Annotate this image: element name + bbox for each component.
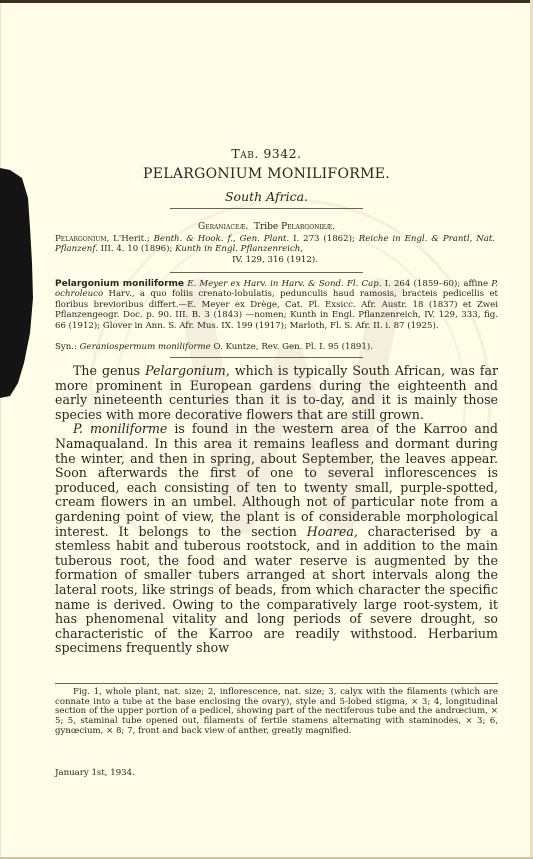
species-ref-b: Harv., a quo foliis crenato-lobulatis, p… [55,289,498,330]
genus-author: L'Herit.; [113,234,150,244]
family-name: Geraniaceæ. [198,222,248,232]
paragraph-1: The genus Pelargonium, which is typicall… [55,364,498,422]
tribe-name: Pelargonieæ. [281,222,335,232]
syn-ref: O. Kuntze, Rev. Gen. Pl. I. 95 (1891). [213,342,372,352]
genus-ref-3b: IV. 129, 316 (1912). [55,255,495,265]
figure-caption: Fig. 1, whole plant, nat. size; 2, inflo… [55,688,498,737]
tribe-label: Tribe [254,222,278,232]
syn-name: Geraniospermum moniliforme [80,342,211,352]
genus-ref-2b: III. 4. 10 (1896); [101,244,173,254]
body-text: The genus Pelargonium, which is typicall… [55,364,498,656]
p2-section: Hoarea, [307,524,358,539]
species-ref-a: I. 264 (1859–60); affine [385,279,488,289]
divider-rule [170,272,363,273]
p2-text-b: characterised by a stemless habit and tu… [55,524,498,656]
p2-text-a: is found in the western area of the Karr… [55,421,498,538]
caption-text: Fig. 1, whole plant, nat. size; 2, inflo… [55,687,498,736]
divider-rule [170,208,363,209]
synonym-line: Syn.: Geraniospermum moniliforme O. Kunt… [55,342,498,352]
paragraph-2: P. moniliforme is found in the western a… [55,422,498,656]
species-citation: Pelargonium moniliforme E. Meyer ex Harv… [55,279,498,331]
p2-species: P. moniliforme [73,421,167,436]
species-name: Pelargonium moniliforme [55,279,184,289]
genus-ref-3: Kunth in Engl. Pflanzenreich, [175,244,303,254]
divider-rule [170,357,363,358]
syn-label: Syn.: [55,342,77,352]
tab-label: Tab. [231,146,258,161]
genus-name: Pelargonium, [55,234,109,244]
tab-number: Tab. 9342. [0,146,533,161]
species-authority: E. Meyer ex Harv. in Harv. & Sond. Fl. C… [187,279,381,289]
top-edge [0,0,533,3]
document-page: Tab. 9342. PELARGONIUM MONILIFORME. Sout… [0,0,533,859]
page-title: PELARGONIUM MONILIFORME. [0,166,533,182]
tab-number-value: 9342. [263,146,301,161]
genus-reference: Pelargonium, L'Herit.; Benth. & Hook. f.… [55,234,495,265]
genus-ref-1: Benth. & Hook. f., Gen. Plant. [154,234,290,244]
genus-ref-1b: I. 273 (1862); [293,234,355,244]
caption-divider [55,683,498,684]
family-tribe-line: Geraniaceæ. Tribe Pelargonieæ. [0,222,533,232]
region-subtitle: South Africa. [0,189,533,204]
p1-text-a: The genus [73,363,140,378]
p1-genus: Pelargonium, [145,363,230,378]
publication-date: January 1st, 1934. [55,768,135,778]
